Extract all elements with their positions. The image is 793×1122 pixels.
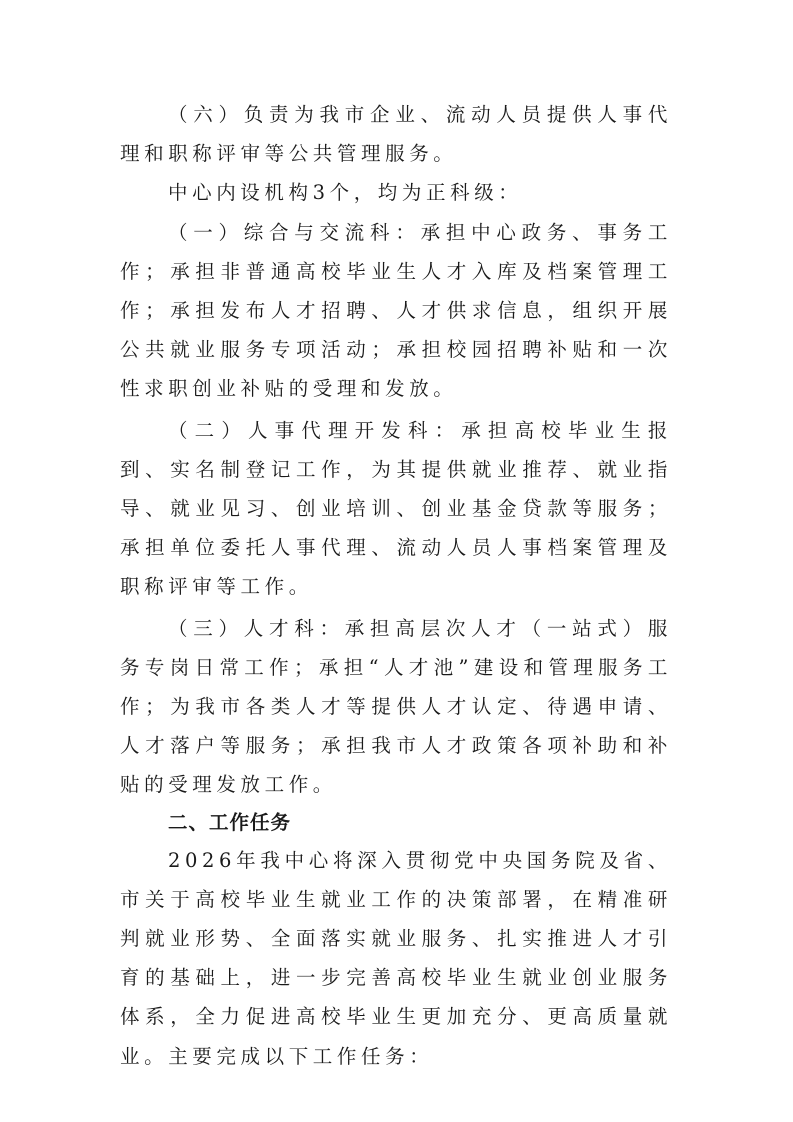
paragraph-internal-units: 中心内设机构3个，均为正科级：	[120, 173, 672, 212]
paragraph-unit-one: （一）综合与交流科：承担中心政务、事务工作；承担非普通高校毕业生人才入库及档案管…	[120, 213, 672, 409]
paragraph-work-tasks-intro: 2026年我中心将深入贯彻党中央国务院及省、市关于高校毕业生就业工作的决策部署，…	[120, 841, 672, 1076]
paragraph-duty-six: （六）负责为我市企业、流动人员提供人事代理和职称评审等公共管理服务。	[120, 95, 672, 173]
document-page: （六）负责为我市企业、流动人员提供人事代理和职称评审等公共管理服务。 中心内设机…	[120, 95, 672, 1076]
paragraph-unit-three: （三）人才科：承担高层次人才（一站式）服务专岗日常工作；承担“人才池”建设和管理…	[120, 609, 672, 805]
paragraph-unit-two: （二）人事代理开发科：承担高校毕业生报到、实名制登记工作，为其提供就业推荐、就业…	[120, 411, 672, 607]
section-heading-work-tasks: 二、工作任务	[120, 805, 672, 841]
